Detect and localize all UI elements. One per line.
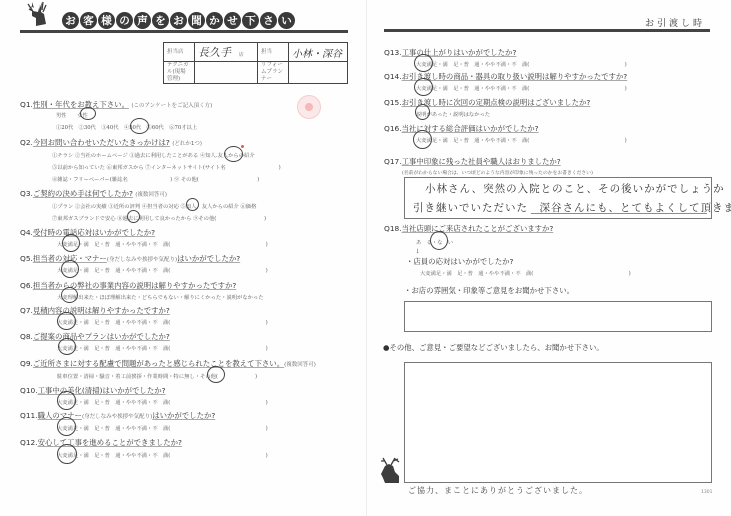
- staff-table: 担当店 長久手 店 担当 小林・深谷 テクニカル(現場管理) リフォームプランナ…: [163, 42, 348, 84]
- q8-label: Q8.: [20, 332, 33, 341]
- store-label: 担当店: [164, 43, 195, 62]
- q8-scale-options[interactable]: 大変満足・満 足・普 通・やや不満・不 満( ): [57, 344, 268, 352]
- q18-text: 当社店頭にご来店されたことがございますか?: [402, 224, 554, 233]
- q7-scale-options[interactable]: 大変満足・満 足・普 通・やや不満・不 満( ): [57, 318, 268, 326]
- form-code: 1301: [701, 490, 712, 495]
- q7-text: 見積内容の説明は解りやすかったですか?: [33, 306, 170, 315]
- q6-label: Q6.: [20, 281, 33, 290]
- q10-label: Q10.: [20, 386, 38, 395]
- q1-text: 性別・年代をお教え下さい。: [33, 100, 129, 109]
- q14-scale-options[interactable]: 大変満足・満 足・普 通・やや不満・不 満( ): [416, 84, 627, 92]
- q17-answer-line1: 小林さん、突然の入院とのこと、その後いかがでしょうか: [425, 181, 725, 196]
- q1-label: Q1.: [20, 100, 33, 109]
- q4-scale-options[interactable]: 大変満足・満 足・普 通・やや不満・不 満( ): [57, 240, 268, 248]
- title-char: 様: [98, 12, 115, 29]
- deer-logo-icon: [26, 0, 56, 30]
- question-q16: Q16.当社に対する総合評価はいかがでしたか?: [384, 123, 539, 134]
- right-page: お引渡し時 Q13.工事の仕上がりはいかがでしたか? 大変満足・満 足・普 通・…: [366, 0, 731, 516]
- q5-text2: はいかがでしたか?: [177, 254, 240, 263]
- title-char: せ: [224, 12, 241, 29]
- q15-label: Q15.: [384, 98, 402, 107]
- store-field[interactable]: 長久手 店: [195, 43, 258, 62]
- title-char: さ: [260, 12, 277, 29]
- header-rule: [20, 30, 348, 33]
- store-suffix: 店: [239, 52, 244, 58]
- question-q17: Q17.工事中印象に残った社員や職人はおりましたか?: [384, 156, 561, 167]
- planner-field[interactable]: [289, 62, 348, 84]
- q6-options[interactable]: 大変理解出来た・ほぼ理解出来た・どちらでもない・解りにくかった・説明がなかった: [57, 293, 264, 301]
- q14-text: お引き渡し時の商品・器具の取り扱い説明は解りやすかったですか?: [402, 72, 628, 81]
- q10-scale-options[interactable]: 大変満足・満 足・普 通・やや不満・不 満( ): [57, 398, 268, 406]
- q15-text: お引き渡し時に次回の定期点検の説明はございましたか?: [402, 98, 591, 107]
- q17-label: Q17.: [384, 157, 402, 166]
- technical-label: テクニカル(現場管理): [164, 62, 195, 84]
- q11-label: Q11.: [20, 411, 38, 420]
- q3-options-line2[interactable]: ⑦東邦ガスブランドで安心 ⑧過去に利用して良かったから ⑨その他( ): [52, 214, 266, 222]
- question-q10: Q10.工事中の美化(清掃)はいかがでしたか?: [20, 385, 166, 396]
- q16-label: Q16.: [384, 124, 402, 133]
- q17-answer-box[interactable]: 小林さん、突然の入院とのこと、その後いかがでしょうか 引き継いでいただいた 深谷…: [404, 177, 712, 219]
- q17-text: 工事中印象に残った社員や職人はおりましたか?: [402, 157, 561, 166]
- q13-text: 工事の仕上がりはいかがでしたか?: [402, 48, 517, 57]
- q18-sub1-scale-options[interactable]: 大変満足・満 足・普 通・やや不満・不 満( ): [420, 269, 631, 277]
- q18-label: Q18.: [384, 224, 402, 233]
- red-mark: [241, 145, 244, 148]
- question-q7: Q7.見積内容の説明は解りやすかったですか?: [20, 305, 170, 316]
- title-char: か: [206, 12, 223, 29]
- q2-label: Q2.: [20, 138, 33, 147]
- q4-label: Q4.: [20, 228, 33, 237]
- q1-age-options[interactable]: ①20代 ②30代 ③40代 ④50代 ⑤60代 ⑥70才以上: [56, 123, 197, 131]
- q3-label: Q3.: [20, 189, 33, 198]
- question-q5: Q5.担当者の対応・マナー(身だしなみや挨拶や気配り)はいかがでしたか?: [20, 253, 240, 264]
- question-q1: Q1.性別・年代をお教え下さい。 (このアンケートをご記入頂く方): [20, 99, 212, 110]
- survey-title: お客様の声をお聞かせ下さい: [62, 12, 295, 29]
- q11-note: (身だしなみや挨拶や気配り): [82, 414, 152, 420]
- q3-note: (複数回答可): [135, 192, 167, 198]
- q3-text: ご契約の決め手は何でしたか?: [33, 189, 133, 198]
- question-q2: Q2.今回お問い合わせいただいたきっかけは? (どれか1つ): [20, 137, 202, 148]
- q8-text: ご提案の商品やプランはいかがでしたか?: [33, 332, 170, 341]
- q9-text: ご近所さまに対する配慮で問題があったと感じられたことを教えて下さい。: [33, 359, 284, 368]
- q9-note: (複数回答可): [284, 362, 316, 368]
- q18-options[interactable]: あ る・な い: [416, 238, 453, 246]
- question-q11: Q11.職人のマナー(身だしなみや挨拶や気配り)はいかがでしたか?: [20, 410, 215, 421]
- q14-label: Q14.: [384, 72, 402, 81]
- title-char: い: [278, 12, 295, 29]
- rep-value: 小林・深谷: [292, 49, 342, 60]
- title-char: 下: [242, 12, 259, 29]
- q5-label: Q5.: [20, 254, 33, 263]
- question-q8: Q8.ご提案の商品やプランはいかがでしたか?: [20, 331, 170, 342]
- q17-note: (名前がわからない場合は、いつ頃どのような内容が印象に残ったのかをお書きください…: [402, 169, 593, 176]
- q13-label: Q13.: [384, 48, 402, 57]
- title-char: お: [170, 12, 187, 29]
- q12-text: 安心して工事を進めることができましたか?: [38, 438, 182, 447]
- q9-options[interactable]: 駐車位置・清掃・騒音・着工前挨拶・作業時間・特に無し・その他( ): [57, 372, 257, 380]
- q2-options-line1[interactable]: ①チラシ ②当社のホームページ ③過去に利用したことがある ④知人.友人からの紹…: [52, 151, 255, 159]
- q12-scale-options[interactable]: 大変満足・満 足・普 通・やや不満・不 満( ): [57, 451, 268, 459]
- title-char: お: [62, 12, 79, 29]
- title-char: を: [152, 12, 169, 29]
- section-title-handover: お引渡し時: [645, 16, 705, 29]
- q16-text: 当社に対する総合評価はいかがでしたか?: [402, 124, 539, 133]
- q2-options-line2[interactable]: ⑤以前から知っていた ⑥東邦ガスから ⑦インターネットサイト(サイト名 ): [52, 163, 281, 171]
- technical-field[interactable]: [195, 62, 258, 84]
- q5-note: (身だしなみや挨拶や気配り): [107, 257, 177, 263]
- title-char: 聞: [188, 12, 205, 29]
- q2-note: (どれか1つ): [172, 141, 202, 147]
- approval-stamp: [297, 95, 321, 119]
- q1-gender-options[interactable]: 男性 女性: [56, 111, 88, 119]
- q11-scale-options[interactable]: 大変満足・満 足・普 通・やや不満・不 満( ): [57, 424, 268, 432]
- q9-label: Q9.: [20, 359, 33, 368]
- other-comments-box[interactable]: [404, 362, 712, 483]
- q5-scale-options[interactable]: 大変満足・満 足・普 通・やや不満・不 満( ): [57, 266, 268, 274]
- question-q6: Q6.担当者からの弊社の事業内容の説明は解りやすかったですか?: [20, 280, 236, 291]
- title-char: 客: [80, 12, 97, 29]
- question-q13: Q13.工事の仕上がりはいかがでしたか?: [384, 47, 516, 58]
- q4-text: 受付時の電話応対はいかがでしたか?: [33, 228, 155, 237]
- thanks-message: ご協力、まことにありがとうございました。: [408, 485, 588, 496]
- q1-note: (このアンケートをご記入頂く方): [131, 103, 212, 109]
- other-comments-heading: ●その他、ご意見・ご要望などございましたら、お聞かせ下さい。: [383, 342, 604, 353]
- q11-text2: はいかがでしたか?: [152, 411, 215, 420]
- title-char: の: [116, 12, 133, 29]
- rep-label: 担当: [258, 43, 289, 62]
- q6-text: 担当者からの弊社の事業内容の説明は解りやすかったですか?: [33, 281, 236, 290]
- q12-label: Q12.: [20, 438, 38, 447]
- store-impression-box[interactable]: [404, 301, 712, 332]
- question-q12: Q12.安心して工事を進めることができましたか?: [20, 437, 182, 448]
- left-page: お客様の声をお聞かせ下さい 担当店 長久手 店 担当 小林・深谷 テクニカル(現…: [0, 0, 366, 516]
- q16-scale-options[interactable]: 大変満足・満 足・普 通・やや不満・不 満( ): [416, 136, 627, 144]
- q10-text: 工事中の美化(清掃)はいかがでしたか?: [38, 386, 166, 395]
- q3-options-line1[interactable]: ①プラン ②会社の実績 ③近所の評判 ④担当者の対応 ⑤知人、友人からの紹介 ⑥…: [52, 202, 256, 210]
- q13-scale-options[interactable]: 大変満足・満 足・普 通・やや不満・不 満( ): [416, 60, 627, 68]
- question-q4: Q4.受付時の電話応対はいかがでしたか?: [20, 227, 155, 238]
- question-q3: Q3.ご契約の決め手は何でしたか? (複数回答可): [20, 188, 167, 199]
- right-header-rule: [384, 29, 710, 32]
- question-q15: Q15.お引き渡し時に次回の定期点検の説明はございましたか?: [384, 97, 590, 108]
- deer-footer-icon: [379, 456, 405, 484]
- q17-red-underline: [531, 213, 707, 214]
- q2-options-line3[interactable]: ⑧雑誌・フリーペーパー(雑誌名 ) ⑨ その他( ): [52, 175, 259, 183]
- question-q18: Q18.当社店頭にご来店されたことがございますか?: [384, 223, 553, 234]
- q2-text: 今回お問い合わせいただいたきっかけは?: [33, 138, 170, 147]
- q5-text: 担当者の対応・マナー: [33, 254, 107, 263]
- q11-text: 職人のマナー: [38, 411, 82, 420]
- q18-sub2: ・お店の雰囲気・印象等ご意見をお聞かせ下さい。: [404, 285, 574, 296]
- q7-label: Q7.: [20, 306, 33, 315]
- question-q9: Q9.ご近所さまに対する配慮で問題があったと感じられたことを教えて下さい。(複数…: [20, 358, 316, 369]
- store-value: 長久手: [198, 46, 231, 59]
- planner-label: リフォームプランナー: [258, 62, 289, 84]
- q18-sub1: ・店員の応対はいかがでしたか?: [406, 256, 513, 267]
- q18-arrow: ↓: [415, 248, 420, 255]
- title-char: 声: [134, 12, 151, 29]
- rep-field[interactable]: 小林・深谷: [289, 43, 348, 62]
- question-q14: Q14.お引き渡し時の商品・器具の取り扱い説明は解りやすかったですか?: [384, 71, 627, 82]
- q15-options[interactable]: 説明があった・説明はなかった: [416, 110, 490, 118]
